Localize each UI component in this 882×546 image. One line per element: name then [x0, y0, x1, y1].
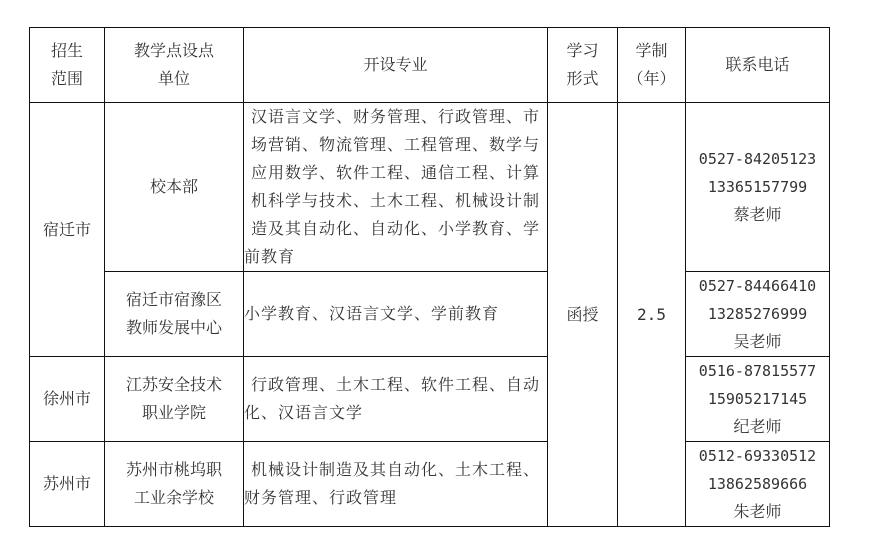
phone-number: 0527-84466410	[686, 272, 829, 300]
header-unit: 教学点设点 单位	[105, 28, 244, 103]
teacher-name: 蔡老师	[686, 201, 829, 229]
unit-line: 苏州市桃坞职	[105, 456, 243, 484]
duration-cell: 2.5	[618, 103, 686, 527]
table-row: 苏州市 苏州市桃坞职 工业余学校 机械设计制造及其自动化、土木工程、财务管理、行…	[30, 442, 830, 527]
header-contact: 联系电话	[686, 28, 830, 103]
mobile-number: 13285276999	[686, 300, 829, 328]
unit-cell: 校本部	[105, 103, 244, 272]
region-cell: 宿迁市	[30, 103, 105, 357]
contact-cell: 0527-84466410 13285276999 吴老师	[686, 272, 830, 357]
mobile-number: 13862589666	[686, 470, 829, 498]
header-mode-line1: 学习	[548, 37, 617, 65]
contact-cell: 0512-69330512 13862589666 朱老师	[686, 442, 830, 527]
unit-line: 工业余学校	[105, 484, 243, 512]
header-region: 招生 范围	[30, 28, 105, 103]
region-cell: 苏州市	[30, 442, 105, 527]
unit-line: 校本部	[105, 173, 243, 201]
teacher-name: 纪老师	[686, 413, 829, 441]
enrollment-table: 招生 范围 教学点设点 单位 开设专业 学习 形式 学制 （年） 联系电话 宿迁…	[29, 27, 830, 527]
phone-number: 0516-87815577	[686, 357, 829, 385]
unit-line: 教师发展中心	[105, 314, 243, 342]
region-cell: 徐州市	[30, 357, 105, 442]
header-region-line1: 招生	[30, 37, 104, 65]
teacher-name: 朱老师	[686, 498, 829, 526]
table-row: 徐州市 江苏安全技术 职业学院 行政管理、土木工程、软件工程、自动化、汉语言文学…	[30, 357, 830, 442]
header-unit-line1: 教学点设点	[105, 37, 243, 65]
header-mode: 学习 形式	[548, 28, 618, 103]
mobile-number: 15905217145	[686, 385, 829, 413]
unit-line: 江苏安全技术	[105, 371, 243, 399]
unit-line: 宿迁市宿豫区	[105, 286, 243, 314]
header-duration: 学制 （年）	[618, 28, 686, 103]
header-duration-line1: 学制	[618, 37, 685, 65]
table-row: 宿迁市宿豫区 教师发展中心 小学教育、汉语言文学、学前教育 0527-84466…	[30, 272, 830, 357]
teacher-name: 吴老师	[686, 328, 829, 356]
header-unit-line2: 单位	[105, 65, 243, 93]
contact-cell: 0527-84205123 13365157799 蔡老师	[686, 103, 830, 272]
header-mode-line2: 形式	[548, 65, 617, 93]
header-region-line2: 范围	[30, 65, 104, 93]
unit-cell: 宿迁市宿豫区 教师发展中心	[105, 272, 244, 357]
phone-number: 0527-84205123	[686, 145, 829, 173]
majors-cell: 行政管理、土木工程、软件工程、自动化、汉语言文学	[244, 357, 548, 442]
table-row: 宿迁市 校本部 汉语言文学、财务管理、行政管理、市场营销、物流管理、工程管理、数…	[30, 103, 830, 272]
mode-cell: 函授	[548, 103, 618, 527]
header-row: 招生 范围 教学点设点 单位 开设专业 学习 形式 学制 （年） 联系电话	[30, 28, 830, 103]
header-duration-line2: （年）	[618, 65, 685, 93]
phone-number: 0512-69330512	[686, 442, 829, 470]
majors-cell: 机械设计制造及其自动化、土木工程、财务管理、行政管理	[244, 442, 548, 527]
unit-cell: 苏州市桃坞职 工业余学校	[105, 442, 244, 527]
majors-cell: 汉语言文学、财务管理、行政管理、市场营销、物流管理、工程管理、数学与应用数学、软…	[244, 103, 548, 272]
header-majors: 开设专业	[244, 28, 548, 103]
contact-cell: 0516-87815577 15905217145 纪老师	[686, 357, 830, 442]
majors-cell: 小学教育、汉语言文学、学前教育	[244, 272, 548, 357]
unit-line: 职业学院	[105, 399, 243, 427]
unit-cell: 江苏安全技术 职业学院	[105, 357, 244, 442]
mobile-number: 13365157799	[686, 173, 829, 201]
